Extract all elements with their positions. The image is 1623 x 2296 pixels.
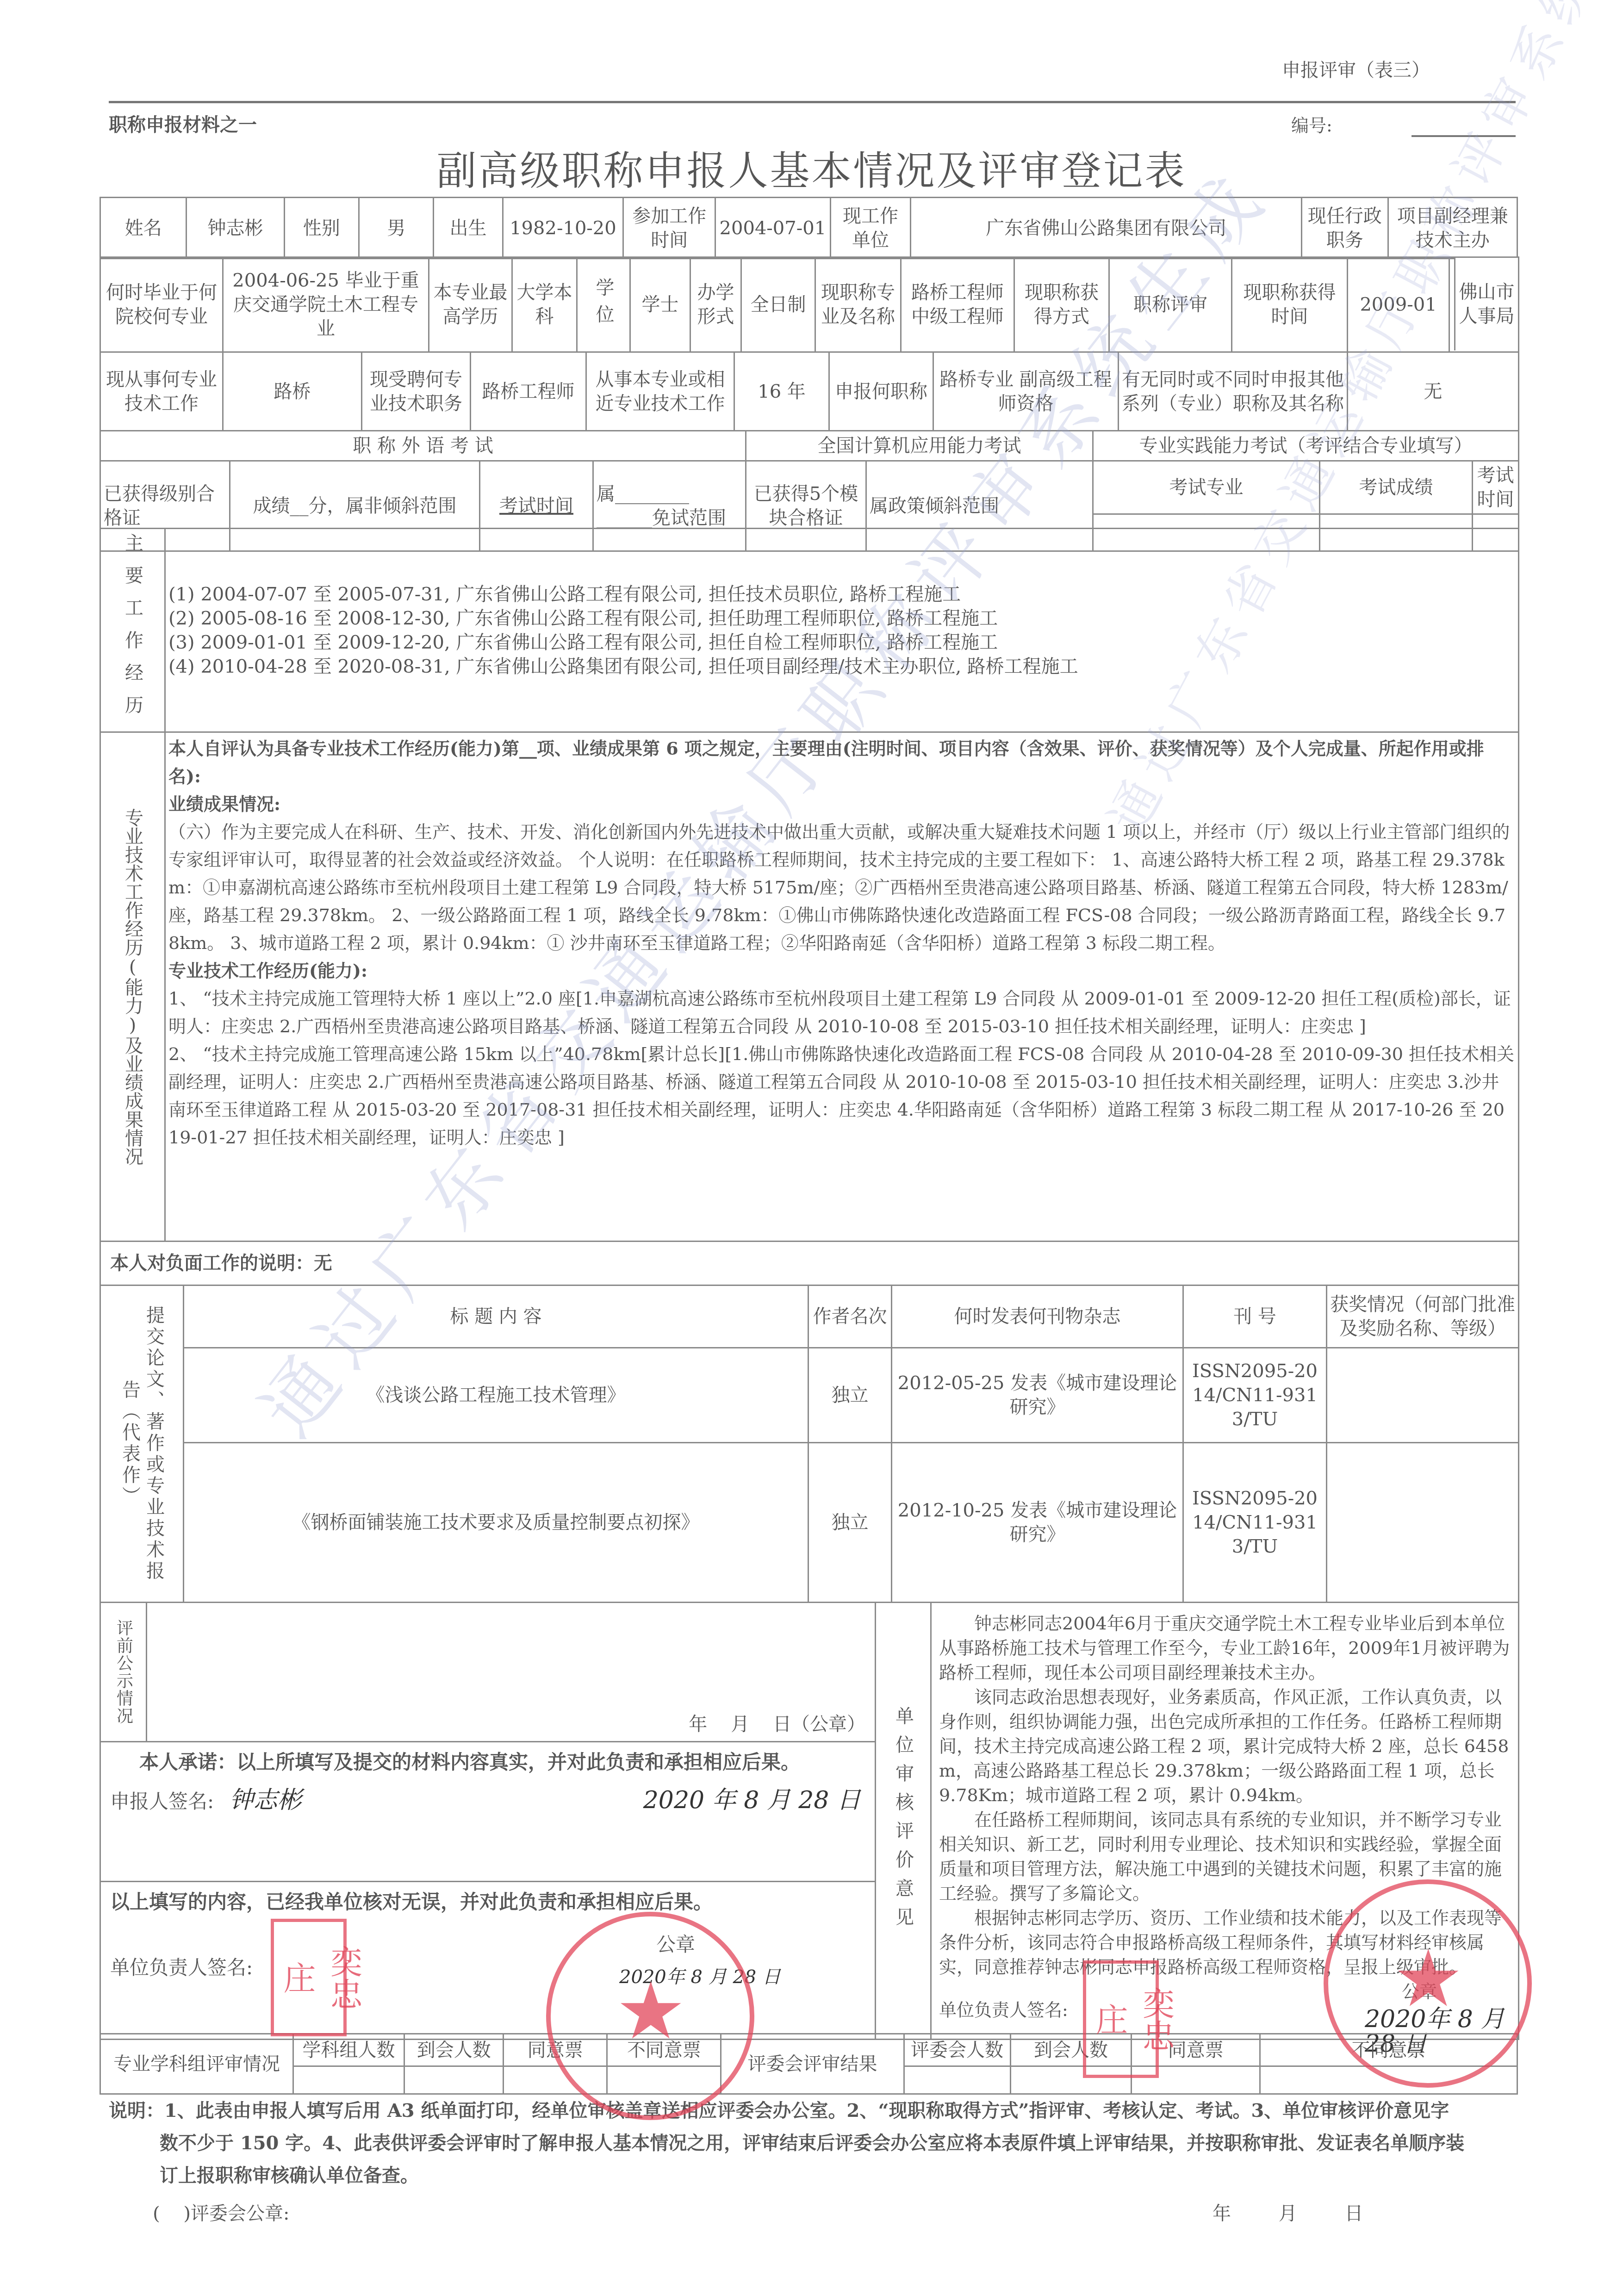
unit-confirm-block: 以上填写的内容，已经我单位核对无误，并对此负责和承担相应后果。 单位负责人签名:… <box>100 1881 876 2039</box>
committee-no-value[interactable] <box>1260 2066 1517 2094</box>
unit-confirm-date: 2020年 8 月 28 日 <box>619 1963 781 1991</box>
employer-value: 广东省佛山公路集团有限公司 <box>911 198 1302 259</box>
committee-col: 评委会人数 <box>904 2034 1010 2066</box>
group-no-value[interactable] <box>607 2066 721 2094</box>
issuer-value: 佛山市人事局 <box>1454 258 1518 350</box>
employer-label: 现工作单位 <box>830 198 911 259</box>
gender-value: 男 <box>359 198 433 259</box>
publicity-content: 年 月 日（公章） <box>147 1603 876 1742</box>
group-col: 到会人数 <box>404 2034 504 2066</box>
practice-col-time: 考试时间 <box>1473 461 1519 514</box>
unit-confirm-seal-label: 公章 <box>656 1930 695 1959</box>
admin-post-value: 项目副经理兼技术主办 <box>1388 198 1517 259</box>
ability-title: 专业技术工作经历(能力): <box>168 957 1515 985</box>
unit-review-content: 钟志彬同志2004年6月于重庆交通学院土木工程专业毕业后到本单位从事路桥施工技术… <box>931 1603 1519 2040</box>
committee-attend-value[interactable] <box>1010 2066 1132 2094</box>
mode-label: 办学形式 <box>690 257 741 352</box>
self-eval: 本人自评认为具备专业技术工作经历(能力)第__项、业绩成果第 6 项之规定，主要… <box>168 735 1515 790</box>
pledge-sign-label: 申报人签名: <box>110 1790 214 1813</box>
papers-col-title: 标 题 内 容 <box>184 1285 808 1348</box>
unit-review-paragraph: 钟志彬同志2004年6月于重庆交通学院土木工程专业毕业后到本单位从事路桥施工技术… <box>939 1611 1511 1685</box>
serial-field[interactable] <box>1412 135 1516 137</box>
papers-table: 提交论文、著作或专业技术报告（代表作） 标 题 内 容 作者名次 何时发表何刊物… <box>99 1285 1519 1603</box>
note-line: 说明：1、此表由申报人填写后用 A3 纸单面打印，经单位审核盖章送相应评委会办公… <box>109 2095 1520 2127</box>
group-members-value[interactable] <box>293 2066 404 2094</box>
cur-title-value: 路桥工程师中级工程师 <box>901 257 1014 352</box>
paper-award <box>1327 1348 1519 1443</box>
unit-review-paragraph: 该同志政治思想表现好，业务素质高，作风正派，工作认真负责，以身作则，组织协调能力… <box>939 1685 1511 1808</box>
foreign-exam-header: 职 称 外 语 考 试 <box>100 431 746 461</box>
practice-exam-header: 专业实践能力考试（考评结合专业填写） <box>1093 431 1519 461</box>
profession-table: 现从事何专业技术工作 路桥 现受聘何专业技术职务 路桥工程师 从事本专业或相近专… <box>99 351 1519 431</box>
committee-col: 不同意票 <box>1260 2034 1517 2066</box>
other-title-label: 有无同时或不同时申报其他系列（专业）职称及其名称 <box>1119 352 1348 431</box>
apply-label: 申报何职称 <box>829 352 933 431</box>
header-divider <box>109 101 1516 103</box>
birth-label: 出生 <box>434 198 503 259</box>
publicity-label: 评前公示情况 <box>100 1603 147 1742</box>
committee-col: 同意票 <box>1132 2034 1260 2066</box>
results-title: 业绩成果情况: <box>168 790 1515 818</box>
paper-published: 2012-10-25 发表《城市建设理论研究》 <box>892 1443 1183 1603</box>
work-history-list: (1) 2004-07-07 至 2005-07-31, 广东省佛山公路工程有限… <box>165 529 1519 732</box>
committee-members-value[interactable] <box>904 2066 1010 2094</box>
other-title-value: 无 <box>1348 352 1519 431</box>
committee-seal-date: 年 月 日 <box>1213 2199 1363 2225</box>
grad-value: 2004-06-25 毕业于重庆交通学院土木工程专业 <box>223 257 429 352</box>
achievements-table: 专业技术工作经历(能力)及业绩成果情况 本人自评认为具备专业技术工作经历(能力)… <box>99 731 1519 1286</box>
papers-col-published: 何时发表何刊物杂志 <box>892 1285 1183 1348</box>
years-value: 16 年 <box>734 352 829 431</box>
apply-value: 路桥专业 副高级工程师资格 <box>933 352 1119 431</box>
committee-col: 到会人数 <box>1010 2034 1132 2066</box>
field-value: 路桥 <box>223 352 362 431</box>
hired-label: 现受聘何专业技术职务 <box>362 352 471 431</box>
work-history-table: 主要工作经历 (1) 2004-07-07 至 2005-07-31, 广东省佛… <box>99 528 1519 733</box>
work-history-item: (1) 2004-07-07 至 2005-07-31, 广东省佛山公路工程有限… <box>168 582 1515 606</box>
highest-edu-value: 大学本科 <box>512 257 577 352</box>
group-col: 同意票 <box>504 2034 607 2066</box>
method-label: 现职称获得方式 <box>1014 257 1109 352</box>
note-line: 订上报职称审核确认单位备查。 <box>109 2159 1520 2192</box>
unit-review-paragraph: 在任路桥工程师期间，该同志具有系统的专业知识，并不断学习专业相关知识、新工艺，同… <box>939 1808 1511 1906</box>
pledge-text: 本人承诺：以上所填写及提交的材料内容真实，并对此负责和承担相应后果。 <box>110 1748 865 1777</box>
work-history-label: 主要工作经历 <box>100 529 165 732</box>
name-label: 姓名 <box>100 198 187 259</box>
field-label: 现从事何专业技术工作 <box>100 352 223 431</box>
work-start-label: 参加工作时间 <box>623 198 715 259</box>
pledge-date: 2020 年 8 月 28 日 <box>643 1786 861 1815</box>
computer-exam-header: 全国计算机应用能力考试 <box>746 431 1093 461</box>
grad-label: 何时毕业于何院校何专业 <box>100 257 223 352</box>
work-history-item: (2) 2005-08-16 至 2008-12-30, 广东省佛山公路工程有限… <box>168 606 1515 630</box>
degree-label: 学位 <box>577 257 630 352</box>
form-label: 申报评审（表三） <box>1282 56 1430 82</box>
paper-rank: 独立 <box>808 1443 892 1603</box>
unit-review-seal-label: 公章 <box>1402 1979 1437 2004</box>
paper-award <box>1327 1443 1519 1603</box>
note-line: 数不少于 150 字。4、此表供评委会评审时了解申报人基本情况之用，评审结束后评… <box>109 2127 1520 2159</box>
paper-published: 2012-05-25 发表《城市建设理论研究》 <box>892 1348 1183 1443</box>
material-label: 职称申报材料之一 <box>109 110 257 137</box>
degree-value: 学士 <box>630 257 690 352</box>
admin-post-label: 现任行政职务 <box>1302 198 1388 259</box>
review-result-table: 专业学科组评审情况 学科组人数 到会人数 同意票 不同意票 评委会评审结果 评委… <box>99 2033 1518 2095</box>
page-title: 副高级职称申报人基本情况及评审登记表 <box>0 139 1623 196</box>
obtained-value: 2009-01 <box>1348 257 1449 352</box>
committee-review-label: 评委会评审结果 <box>721 2034 904 2094</box>
highest-edu-label: 本专业最高学历 <box>429 257 512 352</box>
work-start-value: 2004-07-01 <box>715 198 830 259</box>
paper-issn: ISSN2095-2014/CN11-9313/TU <box>1183 1348 1327 1443</box>
mode-value: 全日制 <box>741 257 815 352</box>
practice-col-score: 考试成绩 <box>1320 461 1473 514</box>
education-table: 何时毕业于何院校何专业 2004-06-25 毕业于重庆交通学院土木工程专业 本… <box>99 256 1519 353</box>
paper-rank: 独立 <box>808 1348 892 1443</box>
group-attend-value[interactable] <box>404 2066 504 2094</box>
unit-confirm-sign-label: 单位负责人签名: <box>110 1956 253 1979</box>
unit-review-sign-label: 单位负责人签名: <box>939 2000 1068 2020</box>
unit-review-label: 单位审核评价意见 <box>876 1603 931 2040</box>
pledge-block: 本人承诺：以上所填写及提交的材料内容真实，并对此负责和承担相应后果。 申报人签名… <box>100 1742 876 1881</box>
notes: 说明：1、此表由申报人填写后用 A3 纸单面打印，经单位审核盖章送相应评委会办公… <box>109 2095 1520 2192</box>
form-page: 申报评审（表三） 职称申报材料之一 编号: 副高级职称申报人基本情况及评审登记表… <box>0 0 1623 2296</box>
publicity-date: 年 月 日（公章） <box>689 1714 865 1735</box>
method-value: 职称评审 <box>1109 257 1232 352</box>
papers-col-award: 获奖情况（何部门批准及奖励名称、等级） <box>1327 1285 1519 1348</box>
ability-item: 2、 “技术主持完成施工管理高速公路 15km 以上”40.78km[累计总长]… <box>168 1040 1515 1151</box>
papers-label: 提交论文、著作或专业技术报告（代表作） <box>100 1285 184 1603</box>
group-yes-value[interactable] <box>504 2066 607 2094</box>
achievements-label: 专业技术工作经历(能力)及业绩成果情况 <box>100 732 165 1242</box>
obtained-label: 现职称获得时间 <box>1232 257 1348 352</box>
name-value: 钟志彬 <box>187 198 284 259</box>
group-col: 不同意票 <box>607 2034 721 2066</box>
committee-yes-value[interactable] <box>1132 2066 1260 2094</box>
paper-row: 《浅谈公路工程施工技术管理》 独立 2012-05-25 发表《城市建设理论研究… <box>100 1348 1519 1443</box>
papers-col-issn: 刊 号 <box>1183 1285 1327 1348</box>
hired-value: 路桥工程师 <box>471 352 586 431</box>
cur-title-label: 现职称专业及名称 <box>815 257 901 352</box>
years-label: 从事本专业或相近专业技术工作 <box>586 352 734 431</box>
applicant-signature: 钟志彬 <box>230 1786 302 1814</box>
group-col: 学科组人数 <box>293 2034 404 2066</box>
papers-col-rank: 作者名次 <box>808 1285 892 1348</box>
unit-confirm-text: 以上填写的内容，已经我单位核对无误，并对此负责和承担相应后果。 <box>110 1888 865 1916</box>
results-text: （六）作为主要完成人在科研、生产、技术、开发、消化创新国内外先进技术中做出重大贡… <box>168 818 1515 957</box>
paper-title: 《钢桥面铺装施工技术要求及质量控制要点初探》 <box>184 1443 808 1603</box>
work-history-item: (3) 2009-01-01 至 2009-12-20, 广东省佛山公路工程有限… <box>168 630 1515 655</box>
ability-item: 1、 “技术主持完成施工管理特大桥 1 座以上”2.0 座[1.申嘉湖杭高速公路… <box>168 985 1515 1040</box>
birth-value: 1982-10-20 <box>503 198 623 259</box>
review-opinion-table: 评前公示情况 年 月 日（公章） 单位审核评价意见 钟志彬同志2004年6月于重… <box>99 1602 1519 2040</box>
paper-issn: ISSN2095-2014/CN11-9313/TU <box>1183 1443 1327 1603</box>
unit-review-paragraph: 根据钟志彬同志学历、资历、工作业绩和技术能力，以及工作表现等条件分析，该同志符合… <box>939 1906 1511 1979</box>
negative-work-note: 本人对负面工作的说明：无 <box>100 1242 1519 1285</box>
committee-seal-label: ( )评委会公章: <box>153 2199 290 2225</box>
basic-info-table: 姓名 钟志彬 性别 男 出生 1982-10-20 参加工作时间 2004-07… <box>99 197 1518 259</box>
work-history-item: (4) 2010-04-28 至 2020-08-31, 广东省佛山公路集团有限… <box>168 655 1515 679</box>
gender-label: 性别 <box>284 198 359 259</box>
serial-label: 编号: <box>1291 111 1332 137</box>
paper-row: 《钢桥面铺装施工技术要求及质量控制要点初探》 独立 2012-10-25 发表《… <box>100 1443 1519 1603</box>
paper-title: 《浅谈公路工程施工技术管理》 <box>184 1348 808 1443</box>
practice-col-major: 考试专业 <box>1093 461 1320 514</box>
achievements-content: 本人自评认为具备专业技术工作经历(能力)第__项、业绩成果第 6 项之规定，主要… <box>165 732 1519 1242</box>
group-review-label: 专业学科组评审情况 <box>100 2034 293 2094</box>
